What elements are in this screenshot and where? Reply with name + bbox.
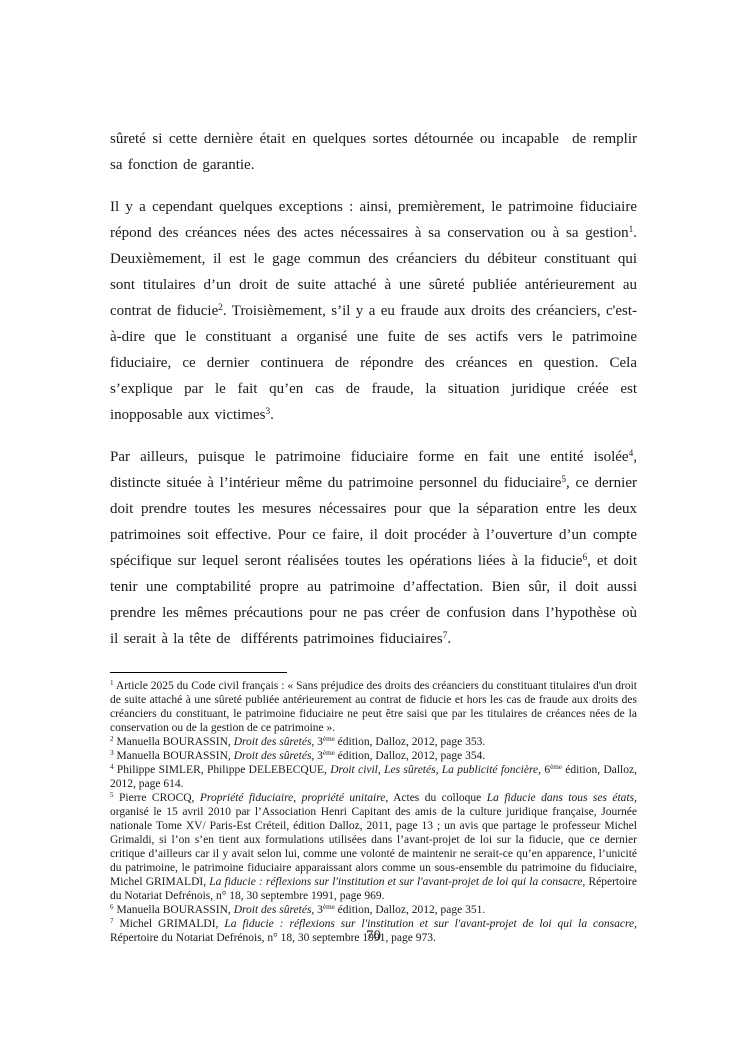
document-page: sûreté si cette dernière était en quelqu… [0,0,745,1053]
footnote-3: 3 Manuella BOURASSIN, Droit des sûretés,… [110,749,637,763]
footnotes-section: 1 Article 2025 du Code civil français : … [110,679,637,945]
footnote-separator [110,672,287,673]
footnote-6: 6 Manuella BOURASSIN, Droit des sûretés,… [110,903,637,917]
paragraph-2: Il y a cependant quelques exceptions : a… [110,194,637,428]
page-number: 70 [110,928,637,945]
footnote-1: 1 Article 2025 du Code civil français : … [110,679,637,735]
page-content: sûreté si cette dernière était en quelqu… [110,126,637,945]
body-text: sûreté si cette dernière était en quelqu… [110,126,637,652]
footnote-2: 2 Manuella BOURASSIN, Droit des sûretés,… [110,735,637,749]
footnote-5: 5 Pierre CROCQ, Propriété fiduciaire, pr… [110,791,637,903]
footnote-4: 4 Philippe SIMLER, Philippe DELEBECQUE, … [110,763,637,791]
paragraph-1: sûreté si cette dernière était en quelqu… [110,126,637,178]
paragraph-3: Par ailleurs, puisque le patrimoine fidu… [110,444,637,652]
